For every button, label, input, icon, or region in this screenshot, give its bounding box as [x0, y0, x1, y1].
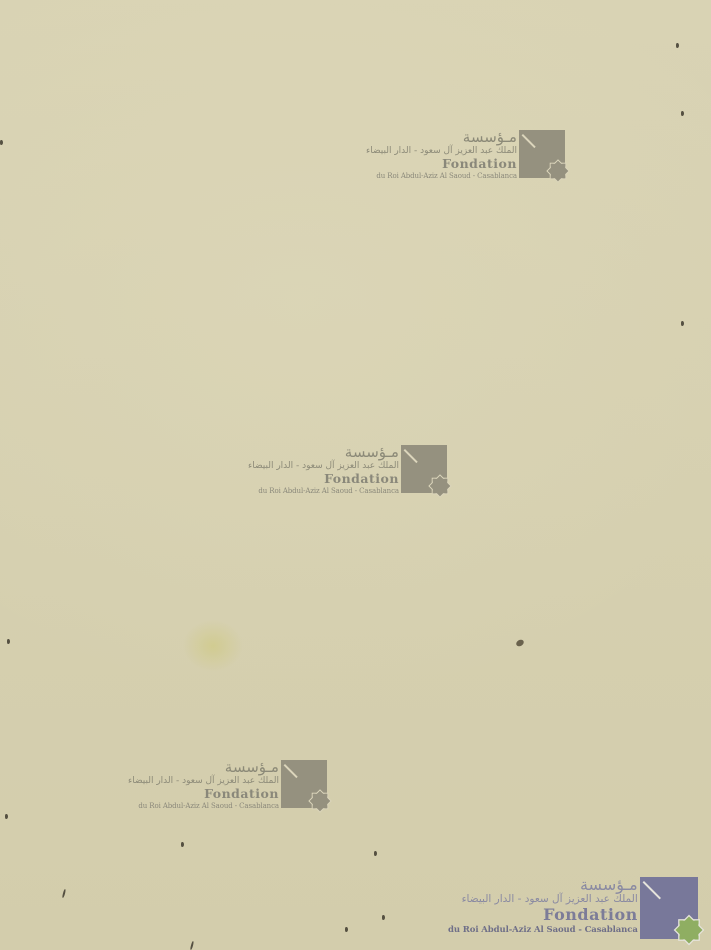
paper-speck [681, 321, 684, 326]
paper-speck [5, 814, 8, 819]
foundation-watermark: مـؤسسة الملك عبد العزيز آل سعود - الدار … [128, 760, 327, 811]
watermark-arabic-subtitle: الملك عبد العزيز آل سعود - الدار البيضاء [462, 892, 638, 906]
watermark-french-subtitle: du Roi Abdul-Aziz Al Saoud - Casablanca [448, 924, 638, 936]
paper-speck [190, 941, 194, 950]
paper-speck [181, 842, 184, 847]
paper-speck [62, 889, 66, 898]
scanned-page: مـؤسسة الملك عبد العزيز آل سعود - الدار … [0, 0, 711, 950]
watermark-french-subtitle: du Roi Abdul-Aziz Al Saoud - Casablanca [376, 171, 517, 181]
eight-point-star-icon [307, 788, 333, 814]
watermark-arabic-title: مـؤسسة [345, 445, 399, 460]
paper-speck [382, 915, 385, 920]
eight-point-star-icon [545, 158, 571, 184]
paper-speck [676, 43, 679, 48]
watermark-arabic-title: مـؤسسة [225, 760, 279, 775]
watermark-arabic-title: مـؤسسة [580, 877, 638, 892]
eight-point-star-icon [427, 473, 453, 499]
foundation-logo-icon [281, 760, 327, 808]
watermark-french-title: Fondation [442, 157, 517, 171]
foundation-watermark: مـؤسسة الملك عبد العزيز آل سعود - الدار … [366, 130, 565, 181]
watermark-french-title: Fondation [324, 472, 399, 486]
watermark-arabic-title: مـؤسسة [463, 130, 517, 145]
foundation-logo-icon [640, 877, 698, 939]
eight-point-star-icon [672, 913, 706, 947]
foundation-logo-icon [401, 445, 447, 493]
watermark-french-title: Fondation [543, 906, 638, 924]
foundation-watermark-color: مـؤسسة الملك عبد العزيز آل سعود - الدار … [448, 877, 698, 939]
paper-speck [681, 111, 684, 116]
watermark-french-subtitle: du Roi Abdul-Aziz Al Saoud - Casablanca [258, 486, 399, 496]
paper-speck [515, 638, 525, 647]
watermark-french-subtitle: du Roi Abdul-Aziz Al Saoud - Casablanca [138, 801, 279, 811]
foundation-logo-icon [519, 130, 565, 178]
foundation-watermark: مـؤسسة الملك عبد العزيز آل سعود - الدار … [248, 445, 447, 496]
paper-speck [0, 140, 3, 145]
paper-speck [374, 851, 377, 856]
paper-speck [345, 927, 348, 932]
watermark-french-title: Fondation [204, 787, 279, 801]
paper-speck [7, 639, 10, 644]
